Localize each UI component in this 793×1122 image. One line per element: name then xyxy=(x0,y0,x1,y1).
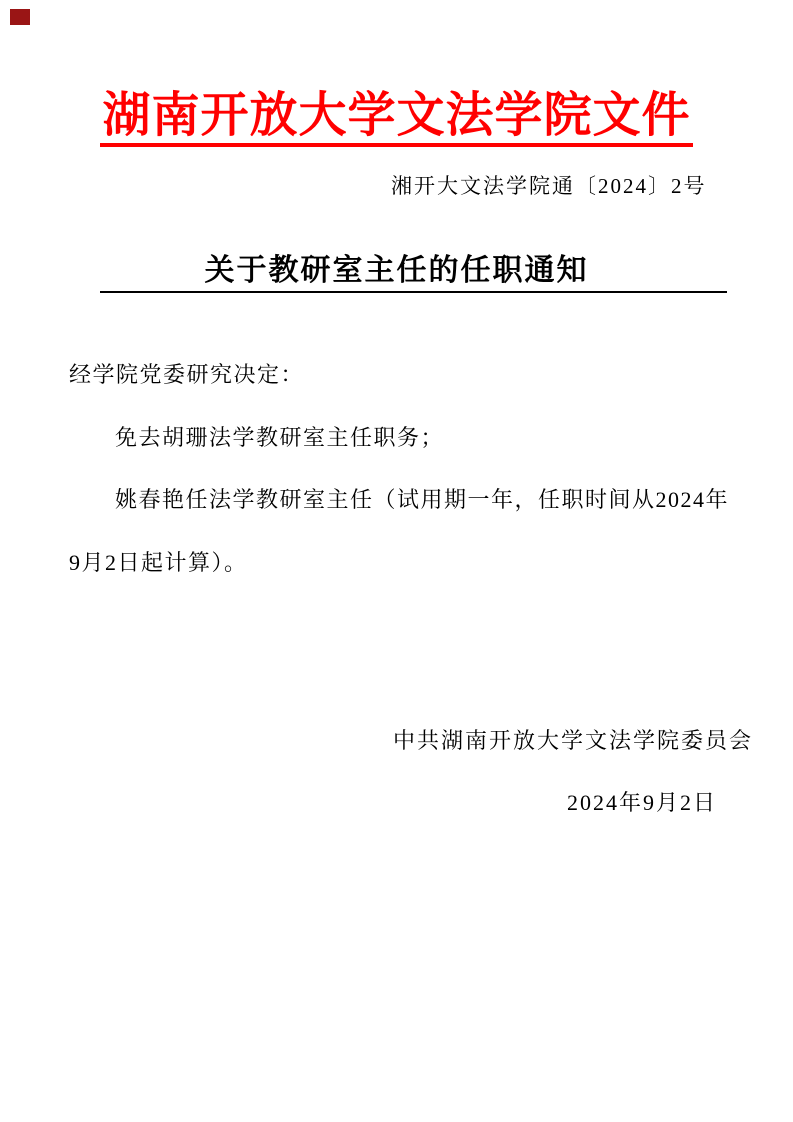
document-page: 湖南开放大学文法学院文件 湘开大文法学院通〔2024〕2号 关于教研室主任的任职… xyxy=(0,0,793,1122)
subject-title: 关于教研室主任的任职通知 xyxy=(0,250,793,292)
issuing-authority: 中共湖南开放大学文法学院委员会 xyxy=(393,726,753,756)
issue-date: 2024年9月2日 xyxy=(567,788,717,818)
body-line-opening: 经学院党委研究决定： xyxy=(69,344,753,407)
body-line-appointment-continued: 9月2日起计算）。 xyxy=(69,532,753,595)
body-line-appointment: 姚春艳任法学教研室主任（试用期一年，任职时间从2024年 xyxy=(69,469,753,532)
document-body: 经学院党委研究决定： 免去胡珊法学教研室主任职务； 姚春艳任法学教研室主任（试用… xyxy=(69,344,753,594)
document-number: 湘开大文法学院通〔2024〕2号 xyxy=(391,172,707,200)
document-header: 湖南开放大学文法学院文件 xyxy=(0,90,793,147)
corner-mark xyxy=(10,9,30,25)
document-title: 湖南开放大学文法学院文件 xyxy=(100,90,692,147)
body-line-dismissal: 免去胡珊法学教研室主任职务； xyxy=(69,407,753,470)
subject-underline xyxy=(100,291,727,293)
